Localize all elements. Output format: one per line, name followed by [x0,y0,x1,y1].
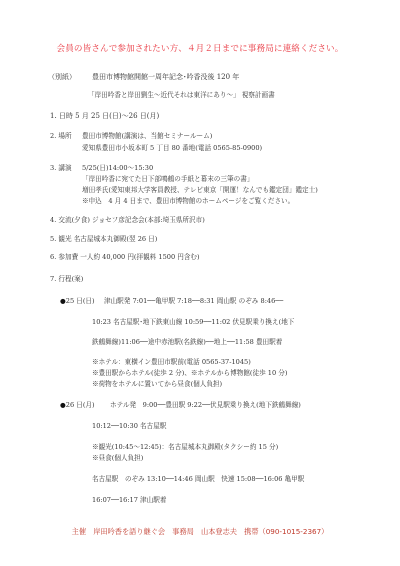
section-exchange-label: 4. 交流(夕食) [50,216,90,224]
section-lecture-line: ※申込 4 月 4 日まで、豊田市博物館のホームページをご覧ください。 [82,196,294,206]
day1-date: 25 日(日) [66,297,95,305]
section-sightseeing-value: 名古屋城本丸御殿(翌 26 日) [74,235,158,243]
itinerary-day2-note: ※昼食(個人負担) [92,453,143,463]
section-date-value: 5 月 25 日(日)～26 日(月) [75,112,159,120]
itinerary-day1-line: 10:23 名古屋駅･地下鉄東山線 10:59──11:02 伏見駅乗り換え(地… [92,317,294,327]
section-exchange: 4. 交流(夕食) ジョセフ彦記念会(本部:埼玉県所沢市) [50,215,205,225]
itinerary-day2-line: 10:12──10:30 名古屋駅 [92,421,166,431]
itinerary-day1-note: ※ホテル：東横イン豊田市駅前(電話 0565-37-1045) [92,357,251,367]
itinerary-day2-header: ●26 日(月) [60,400,95,410]
section-place-label: 2. 場所 [50,131,72,141]
section-fee-value: 一人約 40,000 円(拝観料 1500 円含む) [80,253,199,261]
itinerary-day2-note: ※観光(10:45～12:45)：名古屋城本丸御殿(タクシー約 15 分) [92,442,278,452]
itinerary-day1-header: ●25 日(日) [60,296,95,306]
attachment-tag: （別紙） [48,72,76,82]
itinerary-day1-line: 鉄鶴舞線)11:06──途中赤池駅(名鉄線)──地上──11:58 豊田駅着 [92,337,282,347]
section-itinerary-label: 7. 行程(案) [50,274,83,284]
itinerary-day1-note: ※豊田駅からホテル(徒歩 2 分)、※ホテルから博物館(徒歩 10 分) [92,368,287,378]
itinerary-day1-line: 津山駅発 7:01──亀甲駅 7:18──8:31 岡山駅 のぞみ 8:46── [104,296,283,306]
itinerary-day2-return-line: 名古屋駅 のぞみ 13:10──14:46 岡山駅 快速 15:08──16:0… [92,474,304,484]
section-place-line: 愛知県豊田市小坂本町 5 丁目 80 番地(電話 0565-85-0900) [82,143,262,153]
section-date: 1. 日時 5 月 25 日(日)～26 日(月) [50,111,159,121]
document-subtitle: 「岸田吟香と岸田劉生～近代それは東洋にあり～」 視察計画書 [88,90,275,100]
itinerary-day2-return-line: 16:07──16:17 津山駅着 [92,495,166,505]
organizer-footer: 主催 岸田吟香を語り継ぐ会 事務局 山本登志夫 携帯（090-1015-2367… [0,527,400,537]
member-notice: 会員の皆さんで参加されたい方、４月２日までに事務局に連絡ください。 [0,42,400,54]
section-lecture-line: 増田孝氏(愛知東邦大学客員教授、テレビ東京「開運！なんでも鑑定団」鑑定士) [82,185,318,195]
section-date-label: 1. 日時 [50,112,73,120]
document-title: 豊田市博物館開館一周年記念･吟香没後 120 年 [92,72,239,82]
section-lecture-line: 5/25(日)14:00～15:30 [82,163,153,173]
section-place-line: 豊田市博物館(講演は、当館セミナールーム) [82,131,212,141]
section-sightseeing-label: 5. 観光 [50,235,72,243]
section-exchange-value: ジョセフ彦記念会(本部:埼玉県所沢市) [92,216,205,224]
itinerary-day1-note: ※荷物をホテルに置いてから昼食(個人負担) [92,379,222,389]
section-lecture-label: 3. 講演 [50,163,72,173]
itinerary-day2-line: ホテル発 9:00──豊田駅 9:22──伏見駅乗り換え(地下鉄鶴舞線) [110,400,301,410]
section-sightseeing: 5. 観光 名古屋城本丸御殿(翌 26 日) [50,234,157,244]
section-lecture-line: 「岸田吟香に宛てた日下部鳴鶴の手紙と幕末の三筆の書」 [82,174,253,184]
section-fee: 6. 参加費 一人約 40,000 円(拝観料 1500 円含む) [50,252,200,262]
section-fee-label: 6. 参加費 [50,253,78,261]
day2-date: 26 日(月) [66,401,95,409]
